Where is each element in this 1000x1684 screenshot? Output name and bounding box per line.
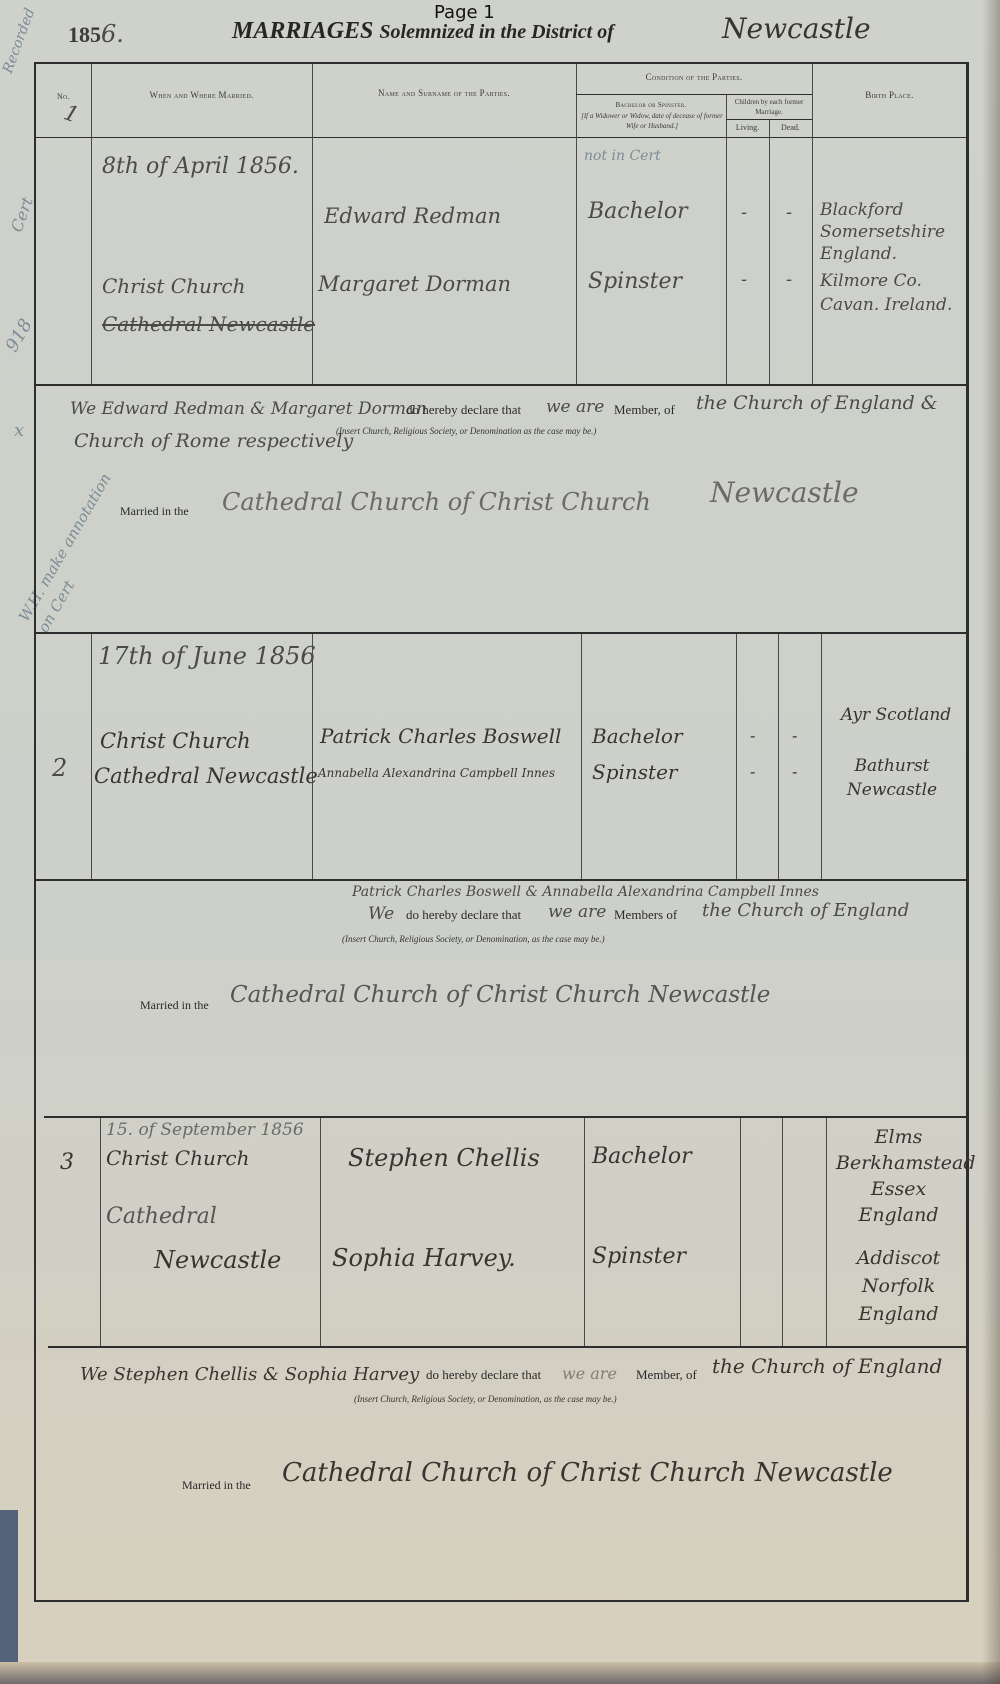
marriage-register-table: No. 1 When and Where Married. Name and S… xyxy=(34,62,969,1602)
binding-edge xyxy=(0,1510,18,1684)
entry-3-place-line2: Cathedral xyxy=(106,1204,217,1229)
entry-3-groom-condition: Bachelor xyxy=(592,1144,692,1169)
decl-3-printed-1: do hereby declare that xyxy=(426,1367,541,1383)
margin-note-cert: Cert xyxy=(7,194,37,234)
col-divider-no xyxy=(91,64,92,384)
entry-1-groom-dead: - xyxy=(786,202,792,223)
col-divider-children xyxy=(812,64,813,384)
entry-2-groom-birthplace: Ayr Scotland xyxy=(836,704,956,726)
col-divider-names xyxy=(576,64,577,384)
register-title: MARRIAGES Solemnized in the District of xyxy=(232,18,614,45)
decl-1-married-in: Cathedral Church of Christ Church xyxy=(222,488,651,516)
entry-3-col-dead xyxy=(826,1118,827,1346)
header-divider xyxy=(36,137,967,138)
entry-2-bride-living: - xyxy=(750,762,755,781)
decl-1-printed-1: do hereby declare that xyxy=(406,402,521,418)
entry-1-bride-living: - xyxy=(741,269,747,290)
entry-2-divider xyxy=(36,879,967,881)
entry-1-bride-dead: - xyxy=(786,269,792,290)
decl-1-denomination-line2: Church of Rome respectively xyxy=(74,430,353,452)
entry-3-col-when xyxy=(320,1118,321,1346)
entry-3-date: 15. of September 1856 xyxy=(106,1120,304,1140)
entry-1-annotation: not in Cert xyxy=(584,148,661,164)
entry-2-col-condition xyxy=(736,634,737,879)
decl-1-denomination: the Church of England & xyxy=(696,392,938,414)
entry-3-col-condition xyxy=(740,1118,741,1346)
decl-1-printed-2: Member, of xyxy=(614,402,675,418)
entry-3-col-no xyxy=(100,1118,101,1346)
entry-2-place-line1: Christ Church xyxy=(100,729,251,753)
entry-3-groom: Stephen Chellis xyxy=(348,1144,540,1172)
entry-1-bride-birthplace: Kilmore Co. Cavan. Ireland. xyxy=(820,269,960,317)
entry-1-place-line2: Cathedral Newcastle xyxy=(102,312,315,336)
header-living: Living. xyxy=(726,123,769,133)
decl-2-we-are: we are xyxy=(548,902,606,922)
district-name: Newcastle xyxy=(722,12,871,45)
entry-3-no: 3 xyxy=(60,1150,74,1175)
entry-2-bride: Annabella Alexandrina Campbell Innes xyxy=(318,766,555,780)
decl-2-married-in-label: Married in the xyxy=(140,998,209,1013)
decl-1-insert-note: (Insert Church, Religious Society, or De… xyxy=(336,426,596,436)
condition-subdivider xyxy=(576,94,812,95)
entry-1-bride: Margaret Dorman xyxy=(318,272,511,296)
entry-3-bride: Sophia Harvey. xyxy=(332,1244,516,1272)
decl-3-we-are: we are xyxy=(562,1364,617,1383)
page-bottom-edge xyxy=(0,1662,1000,1684)
register-page: Page 1 1856. MARRIAGES Solemnized in the… xyxy=(0,0,1000,1684)
margin-note-recorded: Recorded xyxy=(0,6,38,75)
entry-1-groom-living: - xyxy=(741,202,747,223)
year-handwritten: 6. xyxy=(101,20,124,48)
decl-2-insert-note: (Insert Church, Religious Society, or De… xyxy=(342,934,605,944)
header-condition: Condition of the Parties. xyxy=(576,72,812,82)
entry-2-col-dead xyxy=(821,634,822,879)
entry-2-date: 17th of June 1856 xyxy=(98,642,316,670)
children-subdivider xyxy=(726,119,812,120)
decl-1-names: We Edward Redman & Margaret Dorman xyxy=(70,399,427,419)
entry-1-date: 8th of April 1856. xyxy=(102,154,299,179)
entry-2-place-line2: Cathedral Newcastle xyxy=(94,764,318,788)
entry-3-bride-birthplace: Addiscot Norfolk England xyxy=(836,1244,961,1328)
entry-3-place-line1: Christ Church xyxy=(106,1146,250,1170)
decl-3-married-in-label: Married in the xyxy=(182,1478,251,1493)
entry-1-groom-condition: Bachelor xyxy=(588,199,688,224)
entry-2-col-no xyxy=(91,634,92,879)
entry-1-place-line1: Christ Church xyxy=(102,274,246,298)
entry-2-col-names xyxy=(581,634,582,879)
decl-1-married-in-label: Married in the xyxy=(120,504,189,519)
entry-2-no: 2 xyxy=(52,754,67,782)
title-rest: Solemnized in the District of xyxy=(379,21,613,43)
title-main: MARRIAGES xyxy=(232,18,373,44)
entry-2-bride-condition: Spinster xyxy=(592,760,677,784)
entry-3-groom-birthplace: Elms Berkhamstead Essex England xyxy=(836,1124,961,1228)
entry-3-col-names xyxy=(584,1118,585,1346)
entry-2-col-living xyxy=(778,634,779,879)
header-children: Children by each former Marriage. xyxy=(726,97,812,117)
margin-note-number: 918 xyxy=(1,315,36,355)
decl-3-insert-note: (Insert Church, Religious Society, or De… xyxy=(354,1394,617,1404)
entry-3-col-living xyxy=(782,1118,783,1346)
header-widower-note: [If a Widower or Widow, date of decease … xyxy=(580,111,724,131)
decl-2-names-above: Patrick Charles Boswell & Annabella Alex… xyxy=(352,884,819,900)
decl-3-names: We Stephen Chellis & Sophia Harvey xyxy=(80,1364,419,1385)
entry-2-groom-living: - xyxy=(750,726,755,745)
header-names: Name and Surname of the Parties. xyxy=(312,88,576,98)
entry-2-groom: Patrick Charles Boswell xyxy=(320,724,561,748)
decl-2-printed-2: Members of xyxy=(614,907,677,923)
decl-1-we-are: we are xyxy=(546,397,604,417)
decl-1-married-in-place: Newcastle xyxy=(710,476,859,509)
decl-2-printed-1: do hereby declare that xyxy=(406,907,521,923)
entry-3-place-line3: Newcastle xyxy=(154,1246,281,1274)
entry-3-bride-condition: Spinster xyxy=(592,1244,686,1269)
header-birth-place: Birth Place. xyxy=(812,90,967,100)
decl-2-denomination: the Church of England xyxy=(702,900,909,921)
entry-1-groom-birthplace: Blackford Somersetshire England. xyxy=(820,199,960,265)
entry-1-divider xyxy=(36,384,967,386)
header-bachelor-spinster: Bachelor or Spinster. xyxy=(576,101,726,109)
entry-2-col-when xyxy=(312,634,313,879)
register-year: 1856. xyxy=(68,20,124,48)
year-printed: 185 xyxy=(68,22,101,47)
entry-2-groom-condition: Bachelor xyxy=(592,724,683,748)
col-divider-living xyxy=(769,119,770,384)
margin-note-x: x xyxy=(14,420,24,441)
header-no: No. xyxy=(36,92,91,101)
declaration-1-divider xyxy=(36,632,967,634)
decl-2-we: We xyxy=(368,904,394,924)
entry-1-bride-condition: Spinster xyxy=(588,269,682,294)
entry-2-bride-birthplace: Bathurst Newcastle xyxy=(832,754,952,802)
header-dead: Dead. xyxy=(769,123,812,133)
declaration-2-divider xyxy=(44,1116,967,1118)
entry-1-no: 1 xyxy=(60,100,82,128)
col-divider-condition xyxy=(726,94,727,384)
entry-1-groom: Edward Redman xyxy=(324,204,501,228)
entry-2-groom-dead: - xyxy=(792,726,797,745)
header-when-where: When and Where Married. xyxy=(91,90,312,100)
decl-3-printed-2: Member, of xyxy=(636,1367,697,1383)
entry-3-divider xyxy=(48,1346,967,1348)
decl-3-denomination: the Church of England xyxy=(712,1354,942,1378)
decl-2-married-in: Cathedral Church of Christ Church Newcas… xyxy=(230,982,770,1008)
col-divider-when xyxy=(312,64,313,384)
entry-2-bride-dead: - xyxy=(792,762,797,781)
decl-3-married-in: Cathedral Church of Christ Church Newcas… xyxy=(282,1458,893,1488)
